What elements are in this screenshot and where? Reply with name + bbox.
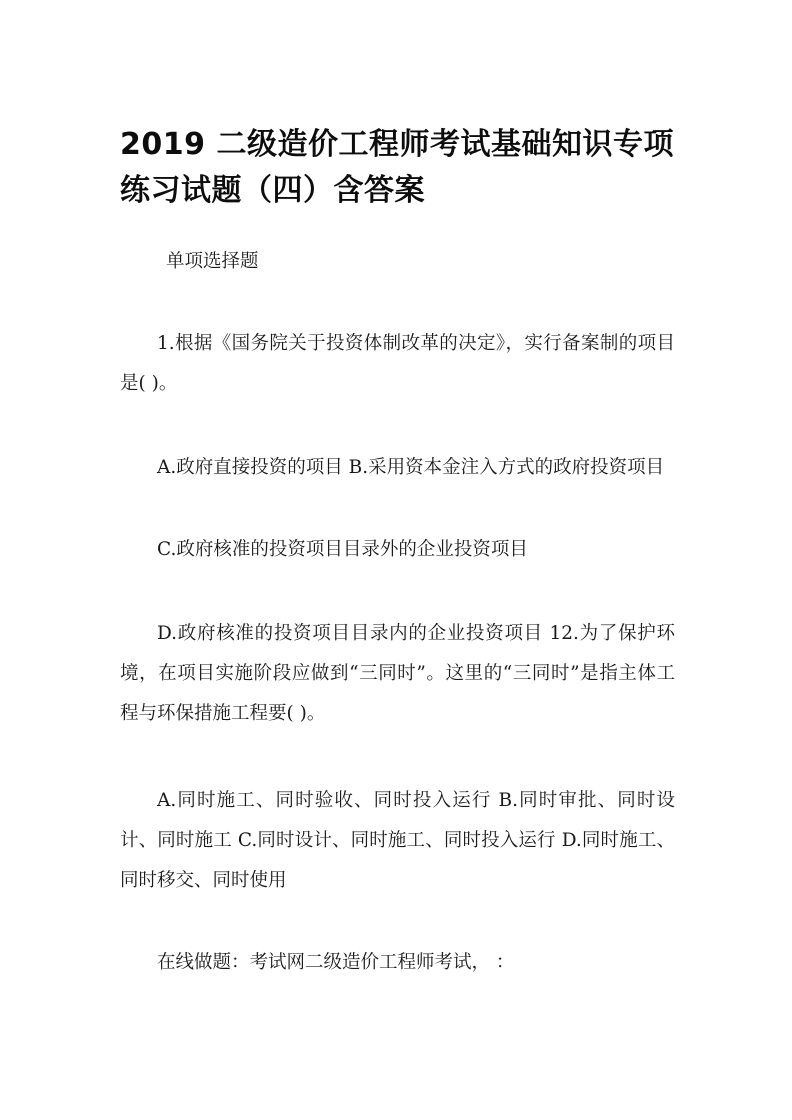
question-1-option-d-and-question-2-stem: D.政府核准的投资项目目录内的企业投资项目 12.为了保护环境，在项目实施阶段应…	[120, 614, 675, 734]
document-title: 2019 二级造价工程师考试基础知识专项练习试题（四）含答案	[120, 122, 680, 214]
question-1-options-ab: A.政府直接投资的项目 B.采用资本金注入方式的政府投资项目	[120, 448, 675, 488]
question-1-stem: 1.根据《国务院关于投资体制改革的决定》，实行备案制的项目是( )。	[120, 324, 675, 404]
online-practice-note: 在线做题：考试网二级造价工程师考试， ：	[120, 943, 675, 983]
section-heading: 单项选择题	[120, 242, 675, 282]
question-2-options: A.同时施工、同时验收、同时投入运行 B.同时审批、同时设计、同时施工 C.同时…	[120, 781, 675, 901]
question-1-option-c: C.政府核准的投资项目目录外的企业投资项目	[120, 530, 675, 570]
